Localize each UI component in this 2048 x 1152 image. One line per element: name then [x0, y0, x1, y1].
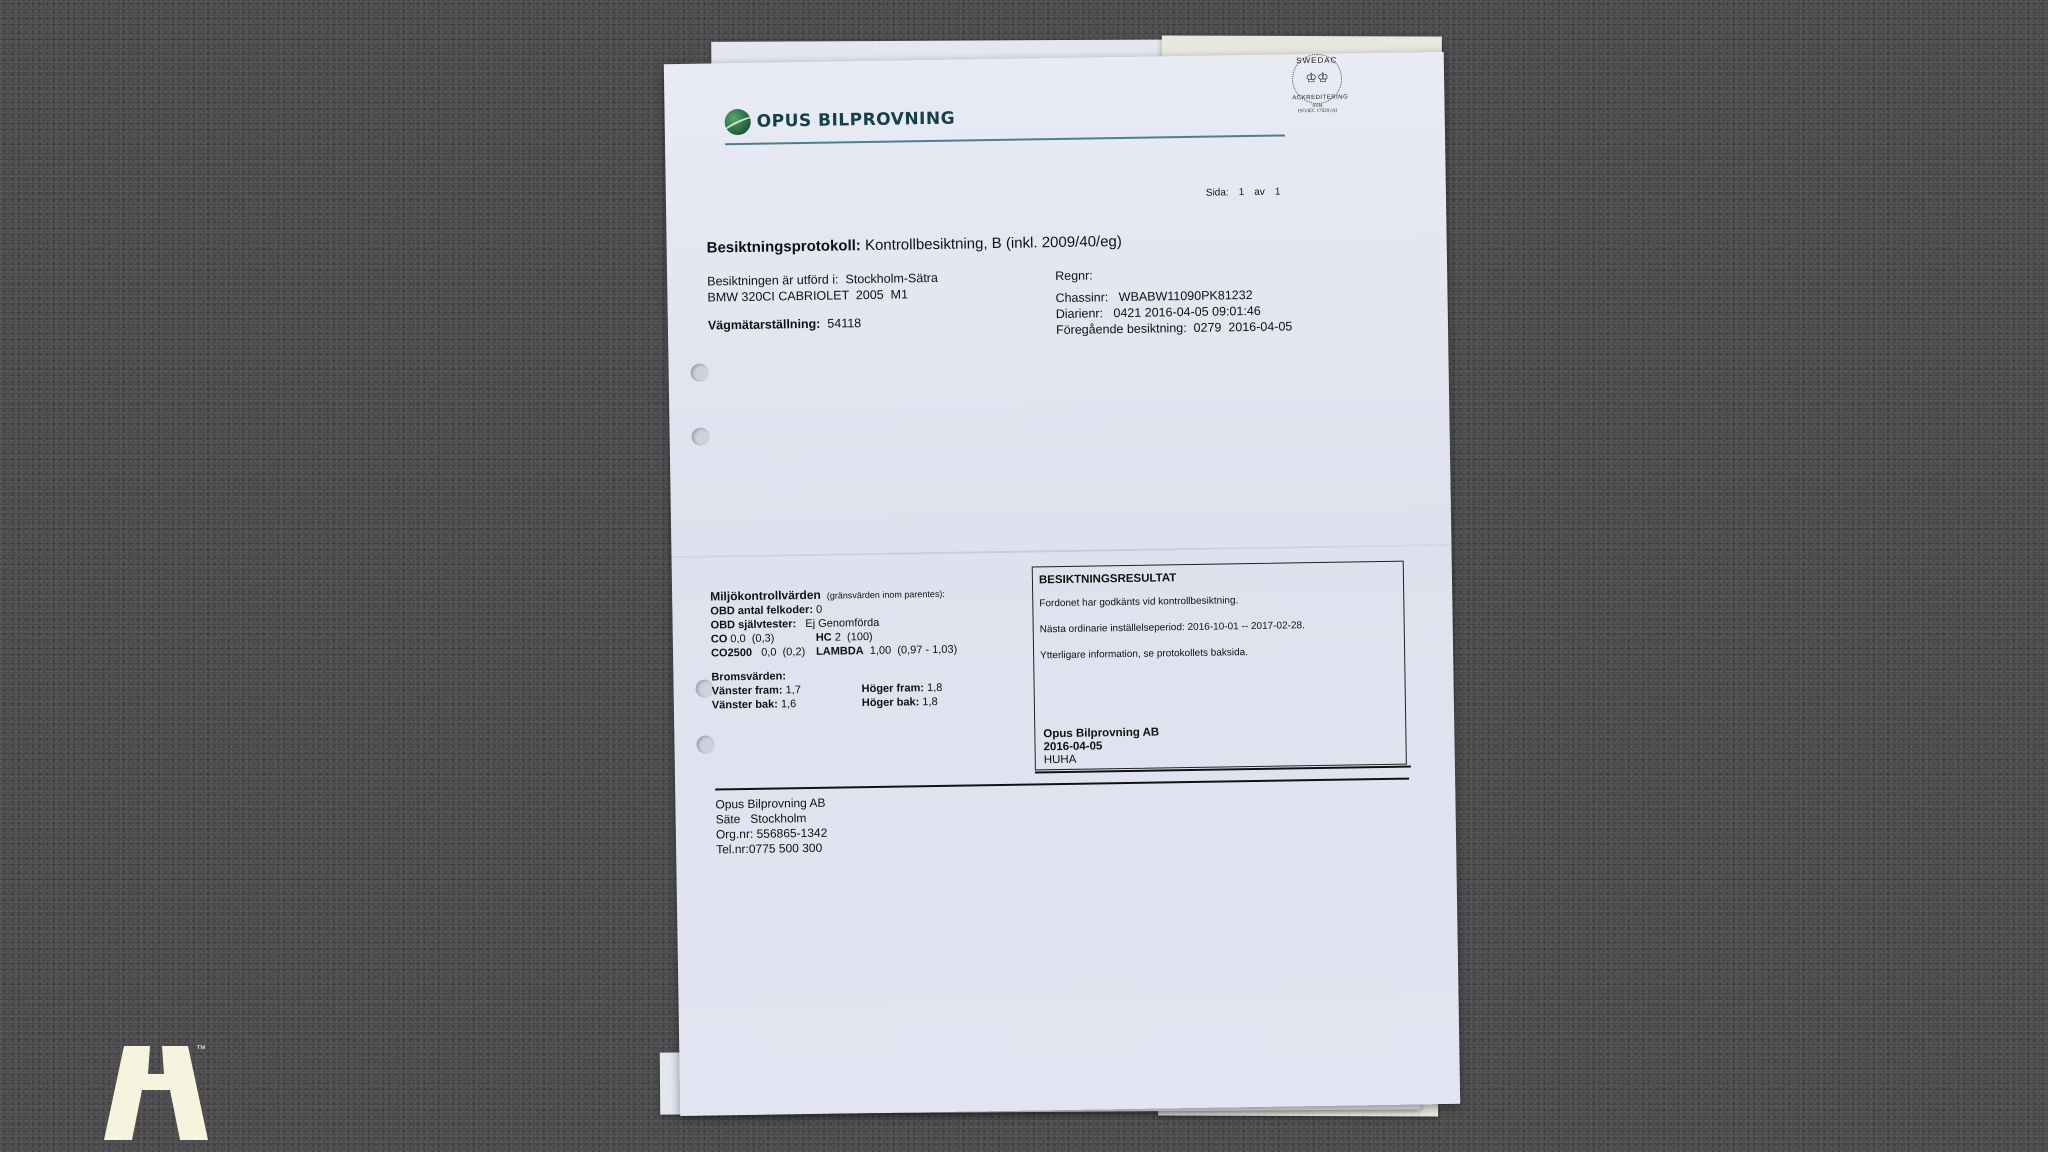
globe-icon: [725, 109, 751, 135]
chassis-number: WBABW11090PK81232: [1119, 288, 1253, 304]
three-crowns-icon: ♔♔: [1292, 70, 1342, 87]
environmental-values: Miljökontrollvärden(gränsvärden inom par…: [710, 585, 992, 712]
inspection-location: Stockholm-Sätra: [845, 271, 938, 286]
vehicle-identifiers: Regnr: Chassinr: WBABW11090PK81232 Diari…: [1055, 264, 1292, 338]
result-signature: Opus Bilprovning AB 2016-04-05 HUHA: [1043, 726, 1159, 767]
inspection-result-box: BESIKTNINGSRESULTAT Fordonet har godkänt…: [1032, 561, 1407, 771]
footer-rule: [715, 778, 1409, 790]
logo-text: OPUS BILPROVNING: [757, 109, 956, 132]
inspection-info: Besiktningen är utförd i: Stockholm-Sätr…: [707, 270, 939, 334]
previous-inspection: 0279 2016-04-05: [1193, 319, 1292, 335]
inspection-protocol-sheet: OPUS BILPROVNING SWEDAC ♔♔ ACKREDITERING…: [664, 52, 1460, 1116]
diary-number: 0421 2016-04-05 09:01:46: [1113, 304, 1261, 320]
trademark-symbol: ™: [196, 1044, 206, 1055]
document-title: Besiktningsprotokoll: Kontrollbesiktning…: [707, 233, 1122, 257]
brake-values: Bromsvärden: Vänster fram: 1,7 Höger fra…: [711, 666, 992, 712]
vehicle-model: BMW 320CI CABRIOLET 2005 M1: [707, 286, 938, 306]
header-rule: [725, 134, 1285, 145]
swedac-accreditation-seal: SWEDAC ♔♔ ACKREDITERING 8194 ISO/IEC 170…: [1272, 53, 1363, 114]
company-logo: OPUS BILPROVNING: [725, 106, 956, 136]
company-footer: Opus Bilprovning AB Säte Stockholm Org.n…: [715, 796, 827, 858]
punch-hole: [696, 735, 714, 753]
paper-fold: [672, 544, 1452, 558]
h-watermark-logo-icon: [104, 1046, 208, 1140]
page-number: Sida:1av1: [1206, 186, 1291, 198]
punch-hole: [690, 364, 708, 382]
odometer-value: 54118: [827, 316, 861, 331]
punch-hole: [692, 428, 710, 446]
